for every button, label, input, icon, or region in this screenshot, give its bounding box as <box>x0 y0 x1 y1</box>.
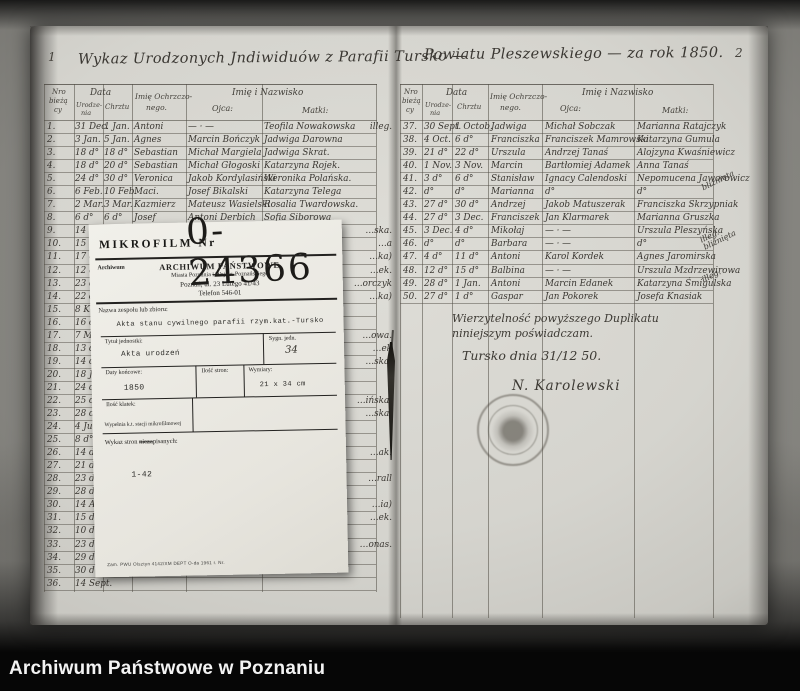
birth-date: 18 d° <box>75 148 99 158</box>
table-row: 49.28 d°1 Jan.AntoniMarcin EdanekKatarzy… <box>400 278 713 291</box>
father-name: Franciszek Mamrowski <box>545 135 649 145</box>
birth-date: d° <box>424 239 434 249</box>
certification-line: niniejszym poświadczam. <box>452 327 593 340</box>
mother-name: Josefa Knasiak <box>637 292 702 302</box>
dims-label: Wymiary: <box>248 367 272 373</box>
row-number: 39. <box>403 148 420 158</box>
child-name: Marcin <box>491 161 523 171</box>
child-name: Sebastian <box>134 161 178 171</box>
birth-date: 12 d° <box>424 266 448 276</box>
card-grid-line <box>101 332 336 338</box>
row-number: 35. <box>47 566 71 576</box>
baptism-date: 22 d° <box>455 148 479 158</box>
table-top-rule-left <box>44 84 377 85</box>
mother-name: d° <box>637 187 647 197</box>
card-grid-line <box>103 429 338 435</box>
column-header-child: nego. <box>500 103 521 112</box>
baptism-date: 1 Jan. <box>104 122 130 132</box>
father-name: Jakob Matuszerak <box>545 200 625 210</box>
child-name: Jadwiga <box>491 122 527 132</box>
column-header-nr: cy <box>406 106 414 114</box>
row-number: 29. <box>47 487 71 497</box>
baptism-date: 18 d° <box>104 148 128 158</box>
father-name: Karol Kordek <box>545 252 604 262</box>
child-name: Josef <box>134 213 156 223</box>
column-header-nr: cy <box>54 106 62 114</box>
microfilm-card: MIKROFILM Nr 0-24366 Archiwum ARCHIWUM P… <box>89 220 349 578</box>
row-number: 45. <box>403 226 420 236</box>
child-name: Gaspar <box>491 292 523 302</box>
baptism-date: 30 d° <box>104 174 128 184</box>
baptism-date: 20 d° <box>104 161 128 171</box>
row-number: 42. <box>403 187 420 197</box>
birth-date: 4 Oct. <box>424 135 451 145</box>
column-header-child: Imię Ochrzczo- <box>135 92 192 101</box>
child-name: Antoni <box>491 279 520 289</box>
org-sub-struck: i Wojew. <box>212 272 233 278</box>
baptism-date: 11 d° <box>455 252 479 262</box>
table-row: 6.6 Feb.10 Feb.Maci.Josef BikalskiKatarz… <box>44 186 376 199</box>
row-number: 27. <box>47 461 71 471</box>
row-number: 22. <box>47 396 71 406</box>
table-row: 36.14 Sept. <box>44 578 376 591</box>
mother-name: Marianna Ratajczyk <box>637 122 726 132</box>
page-number-left: 1 <box>48 50 56 64</box>
mother-name: Katarzyna Telega <box>264 187 341 197</box>
mother-name: Katarzyna Gumula <box>637 135 720 145</box>
station-label: Wypełnia k.t. stacji mikrofilmowej <box>104 421 181 428</box>
blank-pages-value: 1-42 <box>131 470 152 479</box>
row-number: 47. <box>403 252 420 262</box>
baptism-date: 15 d° <box>455 266 479 276</box>
row-number: 15. <box>47 305 71 315</box>
certification-line: Wierzytelność powyższego Duplikatu <box>452 312 659 325</box>
column-header-nr: bieżą <box>402 97 421 105</box>
row-number: 30. <box>47 500 71 510</box>
card-grid-line <box>102 395 337 401</box>
row-number: 20. <box>47 370 71 380</box>
child-name: Antoni <box>134 122 163 132</box>
birth-date: 3 Jan. <box>75 135 101 145</box>
baptism-date: 6 d° <box>455 174 473 184</box>
column-header-baptism: Chrztu <box>105 103 129 111</box>
table-row: 45.3 Dec.4 d°Mikołaj— · —Urszula Pleszyń… <box>400 225 713 238</box>
row-number: 6. <box>47 187 71 197</box>
org-sub-pre: Miasta Poznania <box>171 272 212 279</box>
row-number: 16. <box>47 318 71 328</box>
register-title-left: Wykaz Urodzonych Jndiwiduów z Parafii Tu… <box>78 48 467 67</box>
column-header-parents: Imię i Nazwisko <box>582 88 653 98</box>
child-name: Antoni <box>491 252 520 262</box>
row-number: 43. <box>403 200 420 210</box>
baptism-date: 3 Mar. <box>104 200 133 210</box>
column-header-born: Urodze- <box>76 101 102 109</box>
birth-date: 27 d° <box>424 200 448 210</box>
table-row: 5.24 d°30 d°VeronicaJakob KordylasińskiW… <box>44 173 376 186</box>
row-number: 25. <box>47 435 71 445</box>
baptism-date: 1 Octob. <box>455 122 493 132</box>
row-number: 44. <box>403 213 420 223</box>
child-name: Maci. <box>134 187 159 197</box>
child-name: Urszula <box>491 148 526 158</box>
child-name: Stanisław <box>491 174 534 184</box>
baptism-date: 4 d° <box>455 226 473 236</box>
blank-label-struck: nieza <box>139 438 153 445</box>
child-name: Mikołaj <box>491 226 524 236</box>
mother-name: Franciszka Skrzypniak <box>637 200 738 210</box>
father-name: Josef Bikalski <box>188 187 248 197</box>
father-name: Jan Pokorek <box>545 292 598 302</box>
row-number: 28. <box>47 474 71 484</box>
child-name: Kazmierz <box>134 200 176 210</box>
card-grid-line <box>195 365 197 397</box>
bottom-page-edge <box>30 613 768 625</box>
frames-label: Ilość klatek: <box>106 402 136 409</box>
table-row: 3.18 d°18 d°SebastianMichał MargielaJadw… <box>44 147 376 160</box>
row-number: 49. <box>403 279 420 289</box>
birth-date: 18 d° <box>75 161 99 171</box>
dates-label: Daty końcowe: <box>105 369 142 376</box>
row-number: 31. <box>47 513 71 523</box>
father-name: Ignacy Calendoski <box>545 174 627 184</box>
birth-date: 27 d° <box>424 292 448 302</box>
table-row: 41.3 d°6 d°StanisławIgnacy CalendoskiNep… <box>400 173 713 186</box>
row-number: 4. <box>47 161 71 171</box>
mother-name: d° <box>637 239 647 249</box>
row-number: 23. <box>47 409 71 419</box>
row-number: 5. <box>47 174 71 184</box>
row-number: 41. <box>403 174 420 184</box>
row-number: 37. <box>403 122 420 132</box>
baptism-date: 6 d° <box>455 135 473 145</box>
mother-name: Alojzyna Kwaśniewicz <box>637 148 735 158</box>
father-name: Bartłomiej Adamek <box>545 161 631 171</box>
row-number: 10. <box>47 239 71 249</box>
table-row: 42.d°d°Mariannad°d° <box>400 186 713 199</box>
birth-date: 6 Feb. <box>75 187 103 197</box>
table-row: 50.27 d°1 d°GasparJan PokorekJosefa Knas… <box>400 291 713 304</box>
baptism-date: 1 d° <box>455 292 473 302</box>
register-title-right: Powiatu Pleszewskiego — za rok 1850. <box>424 45 724 63</box>
child-name: Balbina <box>491 266 525 276</box>
row-number: 24. <box>47 422 71 432</box>
row-number: 2. <box>47 135 71 145</box>
column-header-nr: Nro <box>404 88 418 96</box>
column-header-born: nia <box>81 109 91 117</box>
baptism-date: 30 d° <box>455 200 479 210</box>
row-number: 26. <box>47 448 71 458</box>
column-header-father: Ojca: <box>212 104 233 113</box>
viewer-bottom-bar: Archiwum Państwowe w Poznaniu <box>0 652 800 691</box>
dates-value: 1850 <box>124 383 145 392</box>
mother-name: Agnes Jaromirska <box>637 252 716 262</box>
row-number: 38. <box>403 135 420 145</box>
card-grid-line <box>192 397 194 431</box>
column-line <box>713 84 714 618</box>
father-name: — · — <box>545 266 571 276</box>
column-header-nr: bieżą <box>49 97 68 105</box>
unit-title-value: Akta urodzeń <box>121 350 180 359</box>
child-name: Franciszka <box>491 135 540 145</box>
father-name: Jan Klarmarek <box>545 213 609 223</box>
page-number-right: 2 <box>735 46 743 60</box>
archive-name-label: Archiwum Państwowe w Poznaniu <box>9 658 325 680</box>
column-header-parents: Imię i Nazwisko <box>232 88 303 98</box>
birth-date: 4 d° <box>424 252 442 262</box>
row-number: 13. <box>47 279 71 289</box>
archival-scan-photo: 1 2 Wykaz Urodzonych Jndiwiduów z Parafi… <box>0 0 800 691</box>
child-name: Barbara <box>491 239 527 249</box>
row-number: 50. <box>403 292 420 302</box>
row-number: 11. <box>47 252 71 262</box>
child-name: Veronica <box>134 174 173 184</box>
mother-name: Jadwiga Skrat. <box>264 148 330 158</box>
child-name: Agnes <box>134 135 161 145</box>
column-header-child: Imię Ochrzczo- <box>490 92 547 101</box>
father-name: Marcin Edanek <box>545 279 613 289</box>
stamp-center <box>488 405 538 455</box>
card-print-note: Zam. PWU Olsztyn 4142/XM DEPT O-da 1961 … <box>107 560 225 567</box>
table-row: 43.27 d°30 d°AndrzejJakob MatuszerakFran… <box>400 199 713 212</box>
table-row: 4.18 d°20 d°SebastianMichał GłogoskiKata… <box>44 160 376 173</box>
father-name: d° <box>545 187 555 197</box>
column-header-nr: Nro <box>52 88 66 96</box>
table-row: 40.1 Nov.3 Nov.MarcinBartłomiej AdamekAn… <box>400 160 713 173</box>
birth-date: 3 Dec. <box>424 226 452 236</box>
table-top-rule-right <box>400 84 713 85</box>
blank-label-post: pisanych: <box>153 438 178 445</box>
column-header-date: Data <box>446 88 467 98</box>
column-header-mother: Matki: <box>302 106 328 115</box>
row-number: 8. <box>47 213 71 223</box>
birth-date: 2 Mar. <box>75 200 104 210</box>
birth-date: d° <box>424 187 434 197</box>
baptism-date: 3 Nov. <box>455 161 483 171</box>
row-number: 40. <box>403 161 420 171</box>
column-header-baptism: Chrztu <box>457 103 481 111</box>
baptism-date: d° <box>455 239 465 249</box>
table-row: 44.27 d°3 Dec.FranciszekJan KlarmarekMar… <box>400 212 713 225</box>
mother-name: Katarzyna Rojek. <box>264 161 340 171</box>
row-number: 9. <box>47 226 71 236</box>
row-number: 46. <box>403 239 420 249</box>
father-name: Michał Głogoski <box>188 161 260 171</box>
row-number: 19. <box>47 357 71 367</box>
right-page-edge <box>748 26 768 625</box>
table-row: 37.30 Sept.1 Octob.JadwigaMichał Sobczak… <box>400 121 713 134</box>
birth-date: 27 d° <box>424 213 448 223</box>
row-number: 18. <box>47 344 71 354</box>
baptism-date: 6 d° <box>104 213 122 223</box>
row-number: 17. <box>47 331 71 341</box>
mother-name: Weronika Polańska. <box>264 174 351 184</box>
mother-name: Katarzyna Śmigulska <box>637 279 732 289</box>
father-name: — · — <box>545 226 571 236</box>
father-name: — · — <box>545 239 571 249</box>
table-row: 38.4 Oct.6 d°FranciszkaFranciszek Mamrow… <box>400 134 713 147</box>
blank-label-pre: Wykaz stron <box>105 439 139 447</box>
table-row: 46.d°d°Barbara— · —d° <box>400 238 713 251</box>
row-number: 48. <box>403 266 420 276</box>
baptism-date: 1 Jan. <box>455 279 481 289</box>
birth-date: 1 Nov. <box>424 161 452 171</box>
row-number: 3. <box>47 148 71 158</box>
column-header-born: Urodze- <box>425 101 451 109</box>
table-row: 47.4 d°11 d°AntoniKarol KordekAgnes Jaro… <box>400 251 713 264</box>
fond-value: Akta stanu cywilnego parafii rzym.kat.-T… <box>116 317 323 329</box>
father-name: Michał Margiela <box>188 148 261 158</box>
pages-label: Ilość stron: <box>201 368 228 375</box>
unit-title-label: Tytuł jednostki: <box>105 338 143 345</box>
row-number: 12. <box>47 266 71 276</box>
column-header-date: Data <box>90 88 111 98</box>
row-number: 1. <box>47 122 71 132</box>
text-fragment: illeg. <box>292 122 392 132</box>
fond-label: Nazwa zespołu lub zbioru: <box>98 306 168 314</box>
sygnature-label: Sygn. jedn. <box>269 336 296 343</box>
row-number: 7. <box>47 200 71 210</box>
father-name: Marcin Bończyk <box>188 135 260 145</box>
sygnature-value: 34 <box>285 344 298 355</box>
column-header-born: nia <box>430 109 440 117</box>
mother-name: Marianna Gruszka <box>637 213 720 223</box>
parish-stamp <box>477 394 549 466</box>
father-name: Michał Sobczak <box>545 122 615 132</box>
table-row: 48.12 d°15 d°Balbina— · —Urszula Mzdrzew… <box>400 265 713 278</box>
table-row: 39.21 d°22 d°UrszulaAndrzej TanaśAlojzyn… <box>400 147 713 160</box>
card-grid-line <box>263 333 265 364</box>
column-header-child: nego. <box>146 103 167 112</box>
baptism-date: 5 Jan. <box>104 135 130 145</box>
row-number: 33. <box>47 540 71 550</box>
birth-date: 24 d° <box>75 174 99 184</box>
birth-date: 3 d° <box>424 174 442 184</box>
father-name: — · — <box>188 122 214 132</box>
child-name: Sebastian <box>134 148 178 158</box>
dims-value: 21 x 34 cm <box>260 380 306 389</box>
row-number: 21. <box>47 383 71 393</box>
certification-date: Tursko dnia 31/12 50. <box>462 348 601 363</box>
father-name: Andrzej Tanaś <box>545 148 608 158</box>
table-row: 2.3 Jan.5 Jan.AgnesMarcin BończykJadwiga… <box>44 134 376 147</box>
birth-date: 8 d° <box>75 435 93 445</box>
card-grid-line <box>243 364 245 396</box>
priest-signature: N. Karolewski <box>512 378 621 394</box>
baptism-date: d° <box>455 187 465 197</box>
baptism-date: 3 Dec. <box>455 213 483 223</box>
row-number: 36. <box>47 579 71 589</box>
column-header-mother: Matki: <box>662 106 688 115</box>
row-number: 32. <box>47 526 71 536</box>
child-name: Andrzej <box>491 200 525 210</box>
birth-date: 14 Sept. <box>75 579 112 589</box>
baptism-date: 10 Feb. <box>104 187 137 197</box>
father-name: Jakob Kordylasiński <box>188 174 276 184</box>
birth-date: 28 d° <box>424 279 448 289</box>
mother-name: Anna Tanaś <box>637 161 689 171</box>
row-number: 14. <box>47 292 71 302</box>
child-name: Marianna <box>491 187 534 197</box>
row-number: 34. <box>47 553 71 563</box>
right-page-rows: 37.30 Sept.1 Octob.JadwigaMichał Sobczak… <box>400 121 713 304</box>
mother-name: Jadwiga Darowna <box>264 135 343 145</box>
column-header-father: Ojca: <box>560 104 581 113</box>
table-row: 1.31 Dec.1 Jan.Antoni— · —Teofila Nowako… <box>44 121 376 134</box>
org-sub-post: Poznańskiego <box>233 271 268 278</box>
birth-date: 6 d° <box>75 213 93 223</box>
blank-pages-label: Wykaz stron niezapisanych: <box>105 438 178 446</box>
top-page-edge <box>30 26 768 36</box>
birth-date: 21 d° <box>424 148 448 158</box>
child-name: Franciszek <box>491 213 540 223</box>
